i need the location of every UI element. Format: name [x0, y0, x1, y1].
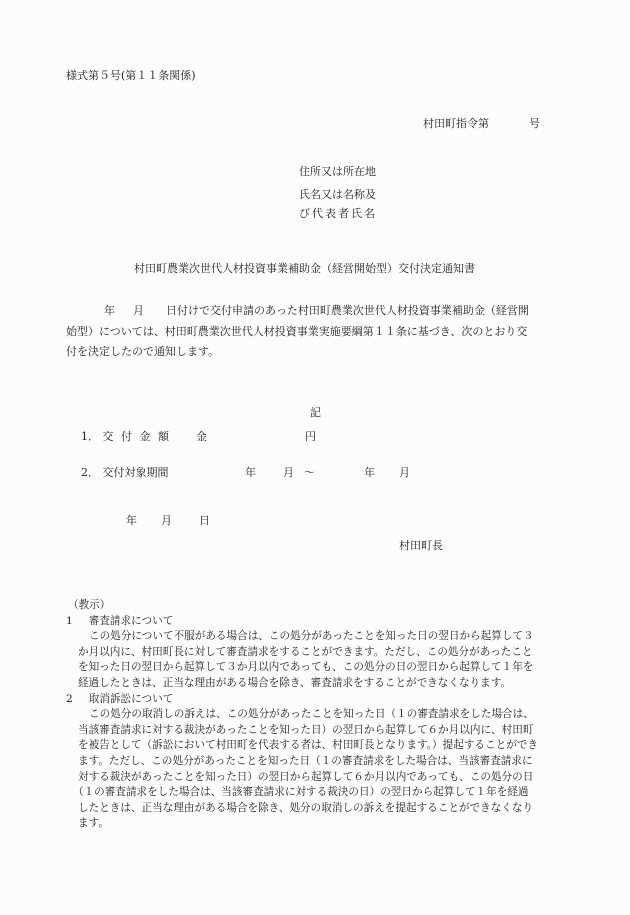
notice-1-line: を知った日の翌日から起算して３か月以内であっても、この処分の日の翌日から起算して… [68, 660, 538, 676]
notice-2-line: ます。 [68, 816, 538, 832]
item-1: 1． 交 付 金 額 [81, 431, 171, 442]
body-line-1-text: 日付けで交付申請のあった村田町農業次世代人材投資事業補助金（経営開 [166, 304, 529, 317]
notice-2-line: 当該審査請求に対する裁決があったことを知った日）の翌日から起算して６か月以内に、… [68, 723, 538, 739]
notice-2-line: 対する裁決があったことを知った日）の翌日から起算して６か月以内であっても、この処… [68, 770, 538, 786]
notice-1-line: 経過したときは、正当な理由がある場合を除き、審査請求をすることができなくなります… [68, 676, 538, 692]
item-2-number: 2． [81, 466, 99, 479]
recipient-name-label-line1: 氏名又は名称及 [299, 189, 376, 200]
period-separator: ～ [304, 467, 315, 478]
body-date-year: 年 [104, 304, 115, 317]
directive-number-suffix: 号 [529, 118, 540, 129]
item-1-label: 交 付 金 額 [103, 430, 172, 443]
notice-2-title: 取消訴訟について [89, 693, 174, 705]
issue-date-day: 日 [199, 515, 210, 526]
issue-date-month: 月 [161, 515, 172, 526]
body-line-3: 付を決定したので通知します。 [66, 342, 529, 363]
issuer: 村田町長 [399, 540, 443, 551]
notice-1-line: か月以内に、村田町長に対して審査請求をすることができます。ただし、この処分があっ… [68, 645, 538, 661]
notice-1-title: 審査請求について [89, 615, 174, 627]
directive-number-prefix: 村田町指令第 [423, 118, 489, 129]
notice-1-number: 1 [66, 615, 73, 627]
form-label: 様式第５号(第１１条関係) [66, 70, 196, 81]
body-paragraph: 年月日付けで交付申請のあった村田町農業次世代人材投資事業補助金（経営開 始型）に… [66, 301, 529, 363]
notice-section: （教示） 1審査請求について この処分について不服がある場合は、この処分があった… [68, 598, 538, 832]
notice-2-line: ます。ただし、この処分があったことを知った日（１の審査請求をした場合は、当該審査… [68, 754, 538, 770]
period-end-year: 年 [364, 467, 375, 478]
ki-marker: 記 [310, 407, 321, 418]
notice-1-title-row: 1審査請求について [66, 614, 538, 630]
notice-1-line: この処分について不服がある場合は、この処分があったことを知った日の翌日から起算し… [68, 629, 538, 645]
notice-2-line: したときは、正当な理由がある場合を除き、処分の取消しの訴えを提起することができな… [68, 801, 538, 817]
body-date-month: 月 [133, 304, 144, 317]
item-2-label: 交付対象期間 [103, 466, 169, 479]
recipient-name-label-line2: び代表者氏名 [299, 208, 377, 219]
period-end-month: 月 [399, 467, 410, 478]
body-line-1: 年月日付けで交付申請のあった村田町農業次世代人材投資事業補助金（経営開 [66, 301, 529, 322]
recipient-address-label: 住所又は所在地 [299, 166, 376, 177]
item-1-number: 1． [81, 430, 99, 443]
body-line-2: 始型）については、村田町農業次世代人材投資事業実施要綱第１１条に基づき、次のとお… [66, 322, 529, 343]
notice-heading: （教示） [68, 598, 538, 614]
item-2: 2． 交付対象期間 [81, 467, 169, 478]
document-title: 村田町農業次世代人材投資事業補助金（経営開始型）交付決定通知書 [134, 263, 475, 274]
item-1-prefix: 金 [196, 431, 207, 442]
notice-2-title-row: 2取消訴訟について [66, 692, 538, 708]
period-start-month: 月 [283, 467, 294, 478]
notice-2-line: （１の審査請求をした場合は、当該審査請求に対する裁決の日）の翌日から起算して１年… [68, 785, 538, 801]
notice-2-line: を被告として（訴訟において村田町を代表する者は、村田町長となります。）提起するこ… [68, 738, 538, 754]
notice-2-number: 2 [66, 693, 73, 705]
item-1-unit: 円 [305, 431, 316, 442]
period-start-year: 年 [245, 467, 256, 478]
notice-2-line: この処分の取消しの訴えは、この処分があったことを知った日（１の審査請求をした場合… [68, 707, 538, 723]
issue-date-year: 年 [126, 515, 137, 526]
